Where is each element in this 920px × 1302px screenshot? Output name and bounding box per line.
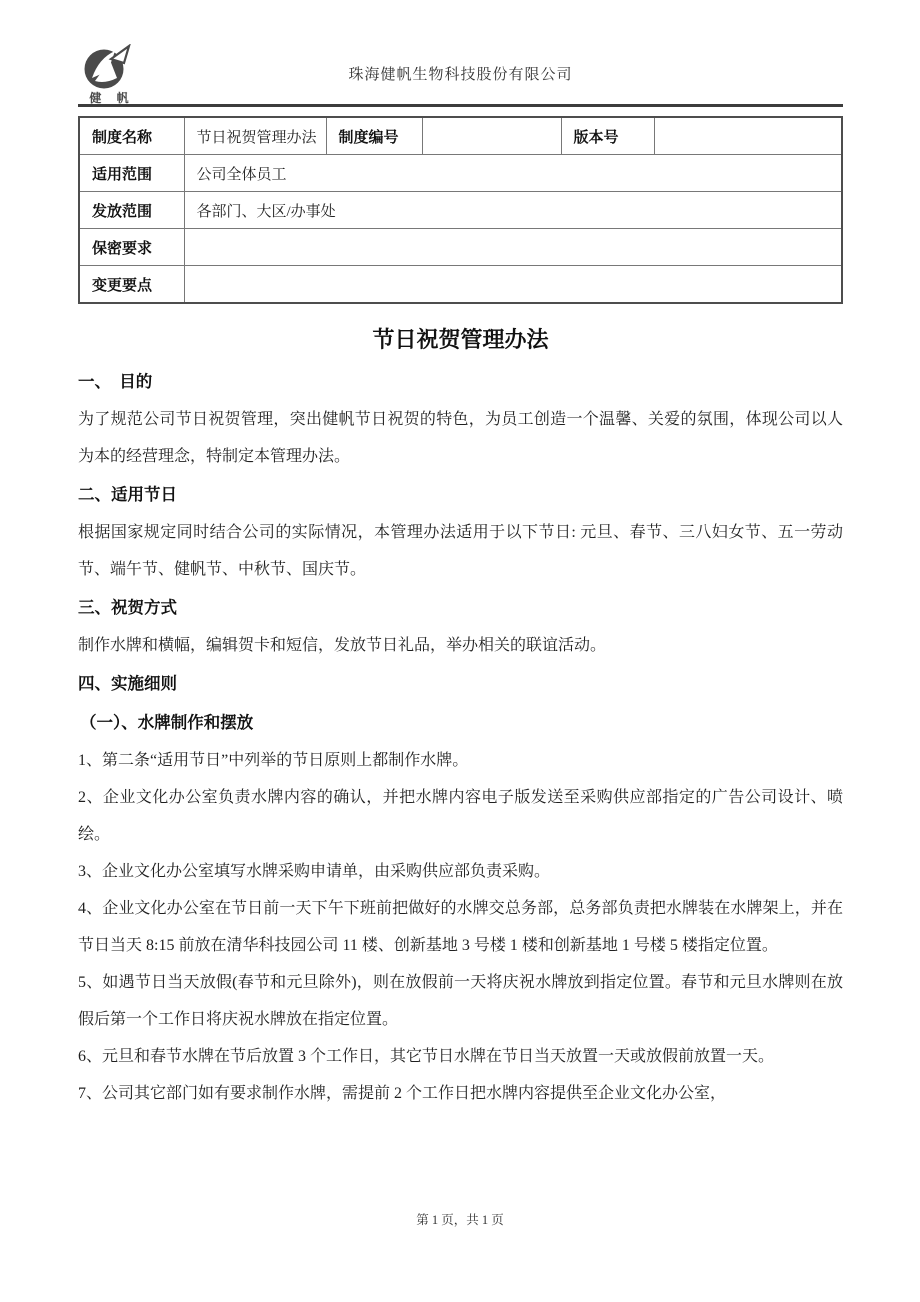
table-row-distribution: 发放范围 各部门、大区/办事处 [79,192,842,229]
section-1-body: 为了规范公司节日祝贺管理，突出健帆节日祝贺的特色，为员工创造一个温馨、关爱的氛围… [78,401,843,475]
changes-label: 变更要点 [79,266,184,304]
page-header: 健 帆 珠海健帆生物科技股份有限公司 [78,46,843,107]
list-item-4: 4、企业文化办公室在节日前一天下午下班前把做好的水牌交总务部，总务部负责把水牌装… [78,890,843,964]
subsection-4-1-heading: （一）、水牌制作和摆放 [78,705,843,742]
policy-info-table: 制度名称 节日祝贺管理办法 制度编号 版本号 适用范围 公司全体员工 发放范围 … [78,116,843,304]
page-footer: 第 1 页，共 1 页 [0,1210,920,1228]
distribution-label: 发放范围 [79,192,184,229]
section-4-heading: 四、实施细则 [78,666,843,703]
company-logo: 健 帆 [78,44,142,106]
page-number: 第 1 页，共 1 页 [416,1213,504,1227]
confidentiality-value [184,229,842,266]
scope-label: 适用范围 [79,155,184,192]
changes-value [184,266,842,304]
table-row-confidentiality: 保密要求 [79,229,842,266]
list-item-6: 6、元旦和春节水牌在节后放置 3 个工作日，其它节日水牌在节日当天放置一天或放假… [78,1038,843,1075]
document-title: 节日祝贺管理办法 [78,318,843,362]
list-item-5: 5、如遇节日当天放假(春节和元旦除外)，则在放假前一天将庆祝水牌放到指定位置。春… [78,964,843,1038]
version-label: 版本号 [561,117,654,155]
list-item-3: 3、企业文化办公室填写水牌采购申请单，由采购供应部负责采购。 [78,853,843,890]
distribution-value: 各部门、大区/办事处 [184,192,842,229]
version-value [654,117,842,155]
list-item-7: 7、公司其它部门如有要求制作水牌，需提前 2 个工作日把水牌内容提供至企业文化办… [78,1075,843,1112]
section-3-body: 制作水牌和横幅，编辑贺卡和短信，发放节日礼品，举办相关的联谊活动。 [78,627,843,664]
policy-name-label: 制度名称 [79,117,184,155]
document-page: 健 帆 珠海健帆生物科技股份有限公司 制度名称 节日祝贺管理办法 制度编号 版本… [0,0,920,1302]
list-item-1: 1、第二条“适用节日”中列举的节日原则上都制作水牌。 [78,742,843,779]
jianfan-sail-logo-icon [84,44,136,90]
section-2-heading: 二、适用节日 [78,477,843,514]
table-row-policy-name: 制度名称 节日祝贺管理办法 制度编号 版本号 [79,117,842,155]
section-2-body: 根据国家规定同时结合公司的实际情况，本管理办法适用于以下节日: 元旦、春节、三八… [78,514,843,588]
list-item-2: 2、企业文化办公室负责水牌内容的确认，并把水牌内容电子版发送至采购供应部指定的广… [78,779,843,853]
document-body: 节日祝贺管理办法 一、 目的 为了规范公司节日祝贺管理，突出健帆节日祝贺的特色，… [78,318,843,1112]
table-row-changes: 变更要点 [79,266,842,304]
section-1-heading: 一、 目的 [78,364,843,401]
section-3-heading: 三、祝贺方式 [78,590,843,627]
logo-caption: 健 帆 [78,89,142,106]
company-name: 珠海健帆生物科技股份有限公司 [78,46,843,84]
policy-name-value: 节日祝贺管理办法 [184,117,326,155]
policy-number-label: 制度编号 [326,117,422,155]
table-row-scope: 适用范围 公司全体员工 [79,155,842,192]
policy-number-value [422,117,561,155]
scope-value: 公司全体员工 [184,155,842,192]
confidentiality-label: 保密要求 [79,229,184,266]
